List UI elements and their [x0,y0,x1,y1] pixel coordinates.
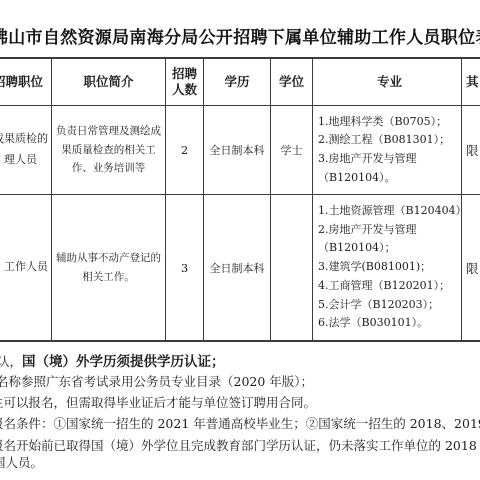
row2-count: 3 [166,195,204,342]
row1-intro: 负责日常管理及测绘成 果质量检查的相关工 作、业务培训等 [52,106,166,195]
recruitment-table: 招聘职位 职位简介 招聘 人数 学历 学位 专业 其 成果质检的 理人员 负责日… [0,57,480,342]
row1-majors: 1.地理科学类（B0705）； 2.测绘工程（B081301）； 3.房地产开发… [313,106,462,195]
row2-intro: 辅助从事不动产登记的 相关工作。 [52,195,166,342]
header-education: 学历 [204,59,271,106]
header-major: 专业 [313,59,462,106]
header-intro: 职位简介 [52,59,166,106]
header-other: 其 [462,59,480,106]
header-degree: 学位 [271,59,313,106]
row2-position: 工作人员 [0,195,52,342]
row1-count: 2 [166,106,204,195]
note-line-4: 报名条件：①国家统一招生的 2021 年普通高校毕业生；②国家统一招生的 201… [0,414,480,432]
row1-position: 成果质检的 理人员 [0,106,52,195]
document-page: 佛山市自然资源局南海分局公开招聘下属单位辅助工作人员职位表 招聘职位 职位简介 … [0,0,480,480]
row1-other: 限 [462,106,480,195]
note-line-6: 国人员。 [0,453,43,471]
note-line-5: 报名开始前已取得国（境）外学位且完成教育部门学历认证，仍未落实工作单位的 201… [0,436,477,454]
page-title: 佛山市自然资源局南海分局公开招聘下属单位辅助工作人员职位表 [0,23,480,48]
row2-degree [271,195,313,342]
header-count: 招聘 人数 [166,59,204,106]
row1-education: 全日制本科 [204,106,271,195]
row2-majors: 1.土地资源管理（B120404）； 2.房地产开发与管理 （B120104）；… [313,195,462,342]
note-line-1: 认，国（境）外学历须提供学历认证； [0,350,225,370]
note-1-bold-text: 国（境）外学历须提供学历认证； [22,354,225,370]
row2-other: 限 [462,195,480,342]
row2-education: 全日制本科 [204,195,271,342]
note-1-prefix: 认， [0,354,22,369]
header-position: 招聘职位 [0,59,52,106]
row1-degree: 学士 [271,106,313,195]
note-line-3: 生可以报名，但需取得毕业证后才能与单位签订聘用合同。 [0,393,316,411]
note-line-2: 名称参照广东省考试录用公务员专业目录（2020 年版）； [0,372,313,390]
